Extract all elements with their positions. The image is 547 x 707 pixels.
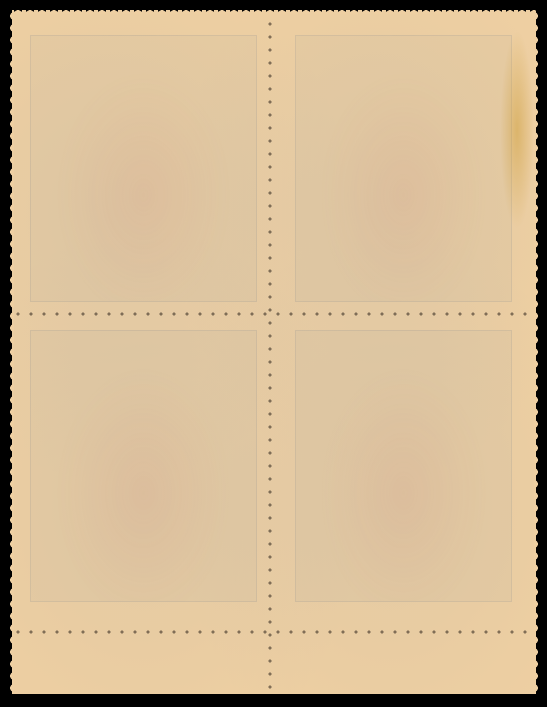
bottom-perforation-line bbox=[14, 630, 534, 634]
stamp-bottom-right bbox=[295, 330, 512, 602]
stamp-top-right bbox=[295, 35, 512, 302]
top-perforated-edge bbox=[12, 6, 536, 14]
toning-stain bbox=[500, 30, 534, 230]
stamp-top-left bbox=[30, 35, 257, 302]
vertical-perforation-line bbox=[268, 20, 272, 690]
left-perforated-edge bbox=[6, 10, 14, 694]
middle-perforation-line bbox=[14, 312, 534, 316]
right-perforated-edge bbox=[534, 10, 542, 694]
stamp-bottom-left bbox=[30, 330, 257, 602]
